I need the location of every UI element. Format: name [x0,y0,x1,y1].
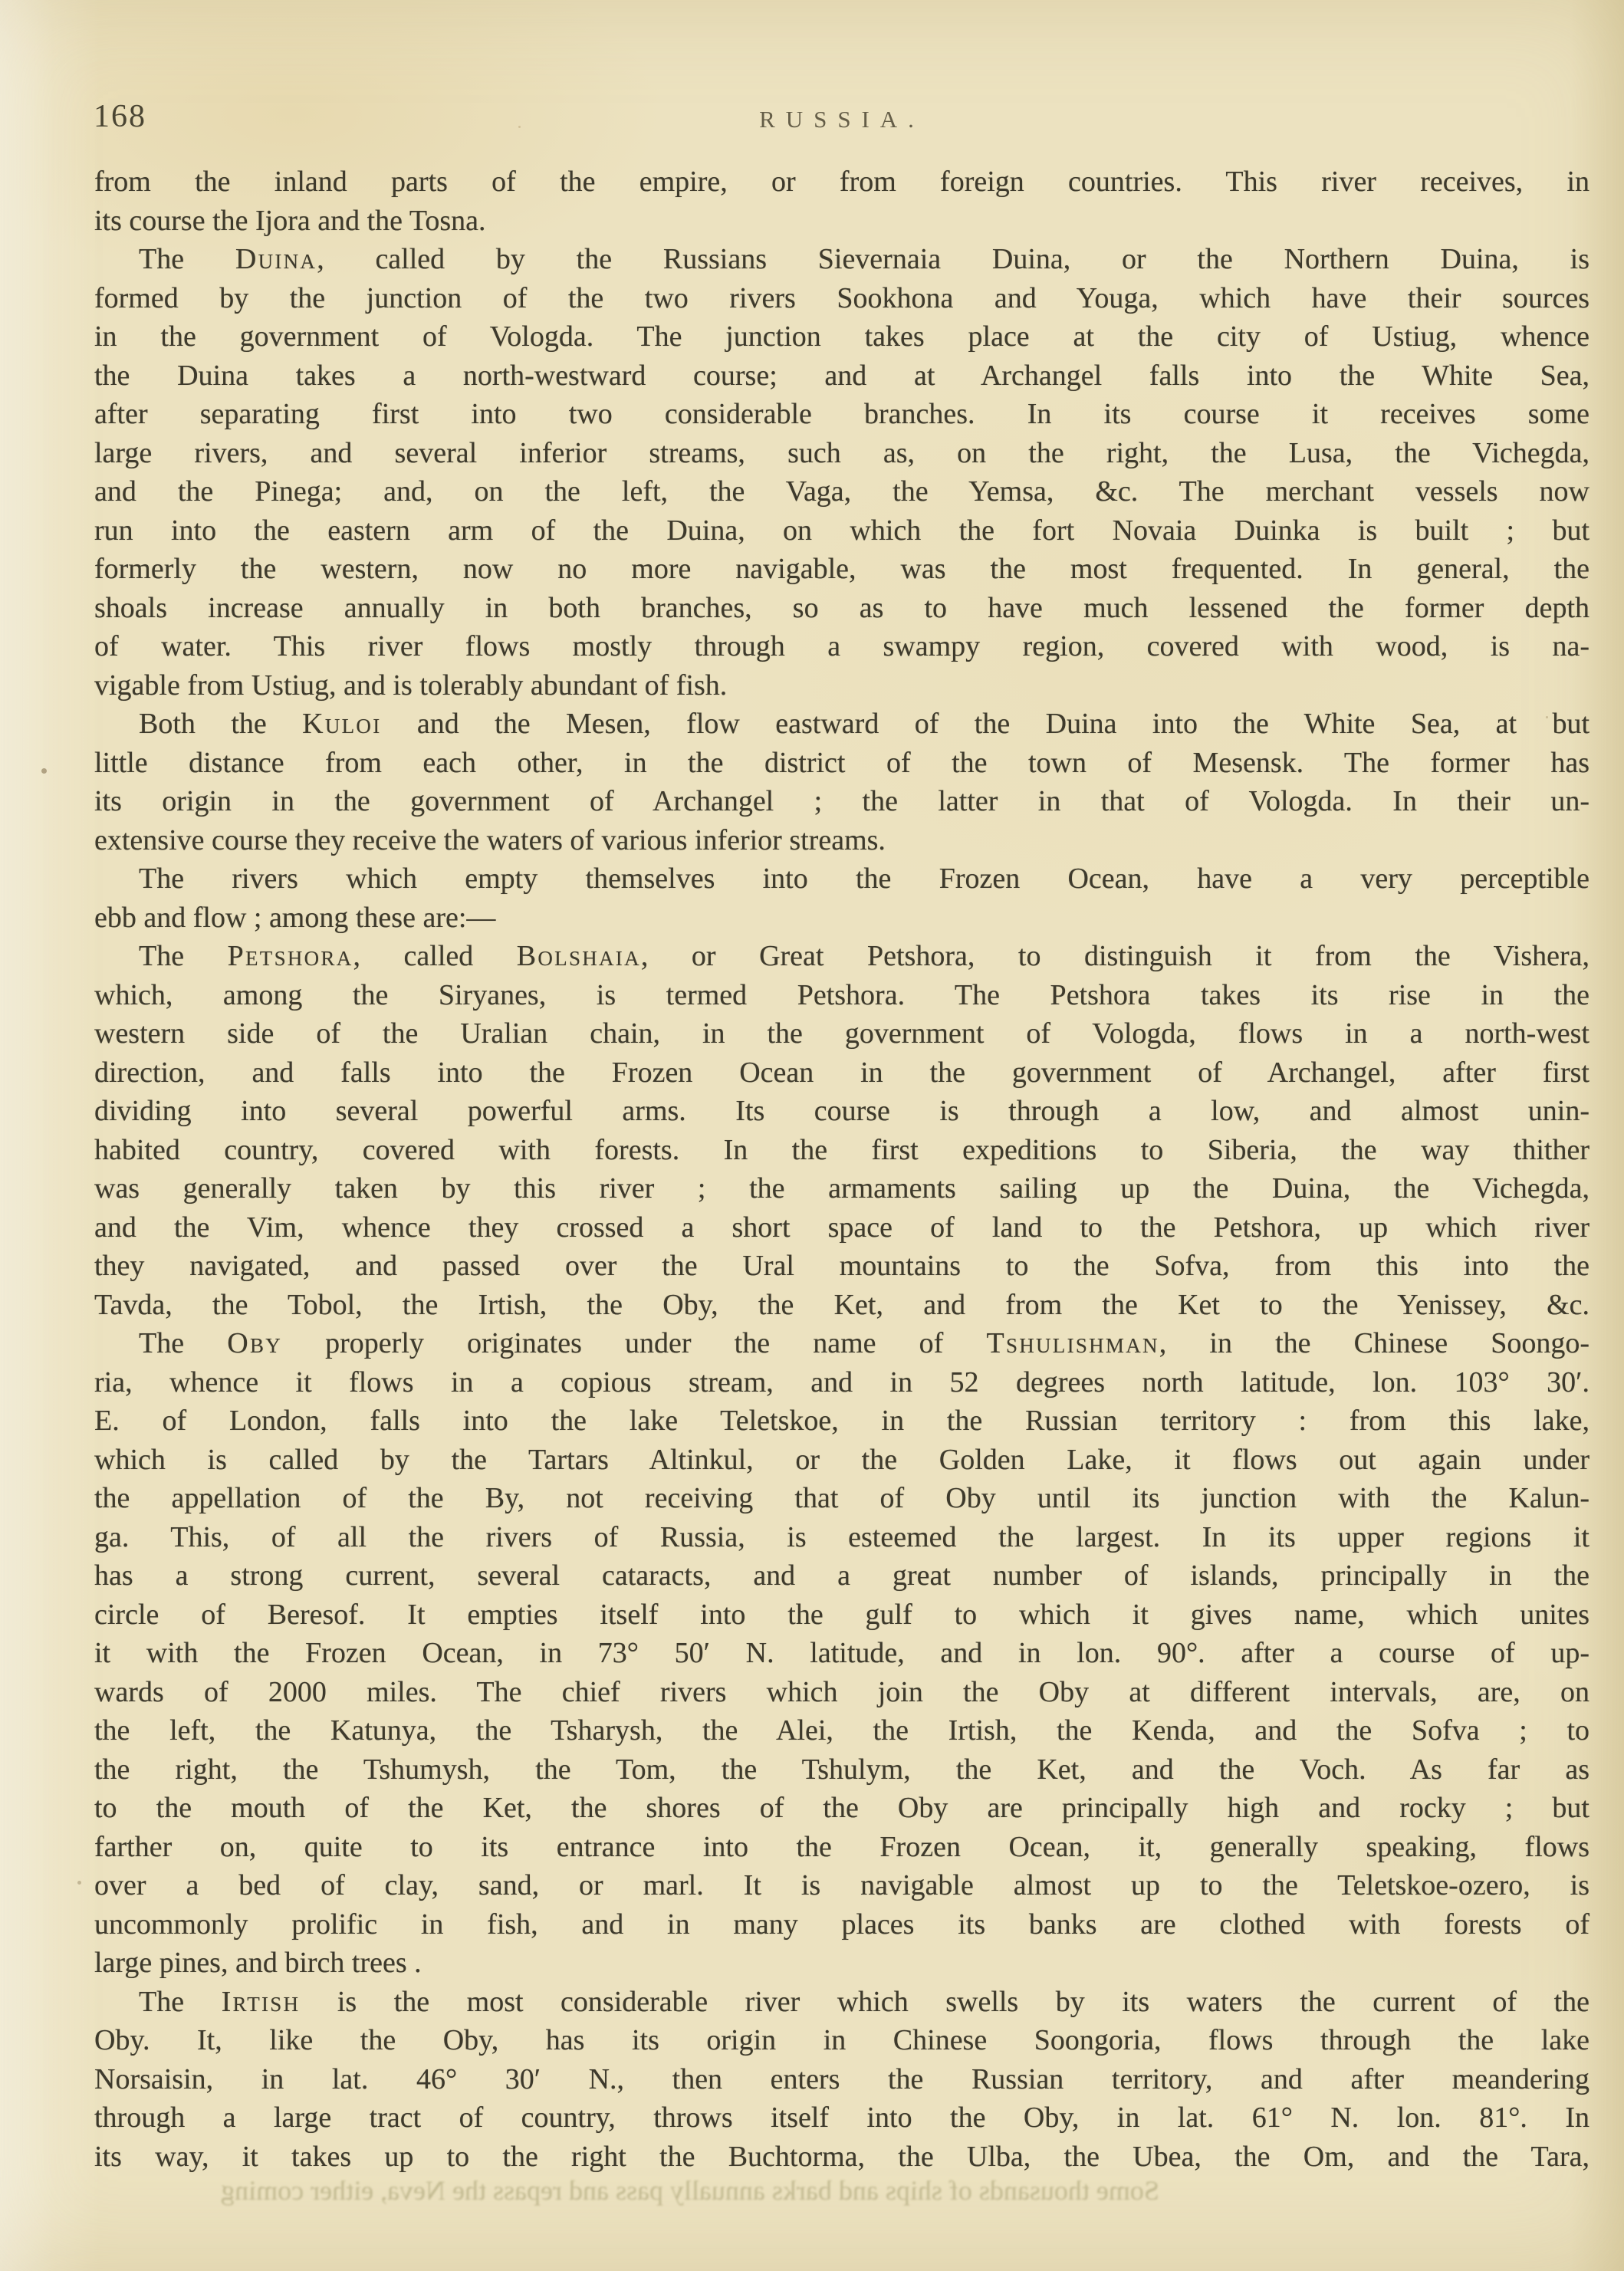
text-line: which is called by the Tartars Altinkul,… [94,1441,1589,1480]
running-head: RUSSIA. [94,106,1589,133]
paper-specks [41,768,47,774]
text-line: circle of Beresof. It empties itself int… [94,1596,1589,1635]
text-line: the appellation of the By, not receiving… [94,1479,1589,1518]
small-caps-name: Tshulishman [986,1327,1159,1359]
text-line: run into the eastern arm of the Duina, o… [94,511,1589,550]
text-line: and the Pinega; and, on the left, the Va… [94,472,1589,511]
text-line: the left, the Katunya, the Tsharysh, the… [94,1711,1589,1750]
text-line: formerly the western, now no more naviga… [94,550,1589,589]
text-line: ria, whence it flows in a copious stream… [94,1363,1589,1402]
text-line: The Petshora, called Bolshaia, or Great … [94,937,1589,976]
text-line: E. of London, falls into the lake Telets… [94,1402,1589,1441]
text-line: direction, and falls into the Frozen Oce… [94,1053,1589,1093]
text-line: they navigated, and passed over the Ural… [94,1247,1589,1286]
text-line: shoals increase annually in both branche… [94,589,1589,628]
text-line: Oby. It, like the Oby, has its origin in… [94,2021,1589,2060]
small-caps-name: Duina [235,243,317,275]
text-line: uncommonly prolific in fish, and in many… [94,1905,1589,1944]
text-line: its course the Ijora and the Tosna. [94,202,1589,241]
text-line: The Irtish is the most considerable rive… [94,1983,1589,2022]
text-line: ebb and flow ; among these are:— [94,899,1589,938]
small-caps-name: Oby [227,1327,282,1359]
text-line: The Duina, called by the Russians Siever… [94,240,1589,279]
text-line: to the mouth of the Ket, the shores of t… [94,1789,1589,1828]
text-line: the right, the Tshumysh, the Tom, the Ts… [94,1750,1589,1790]
text-line: through a large tract of country, throws… [94,2098,1589,2138]
text-line: it with the Frozen Ocean, in 73° 50′ N. … [94,1634,1589,1673]
text-line: and the Vim, whence they crossed a short… [94,1208,1589,1247]
page-text: from the inland parts of the empire, or … [94,163,1589,2176]
text-line: in the government of Vologda. The juncti… [94,317,1589,357]
text-line: little distance from each other, in the … [94,744,1589,783]
text-line: the Duina takes a north-westward course;… [94,357,1589,396]
small-caps-name: Bolshaia [517,940,641,972]
text-line: The Oby properly originates under the na… [94,1324,1589,1363]
text-line: Both the Kuloi and the Mesen, flow eastw… [94,705,1589,744]
text-line: Norsaisin, in lat. 46° 30′ N., then ente… [94,2060,1589,2099]
text-line: The rivers which empty themselves into t… [94,859,1589,899]
book-page: 168 RUSSIA. from the inland parts of the… [0,0,1624,2271]
text-line: its way, it takes up to the right the Bu… [94,2138,1589,2177]
small-caps-name: Petshora [228,940,353,972]
text-line: Tavda, the Tobol, the Irtish, the Oby, t… [94,1286,1589,1325]
text-line: formed by the junction of the two rivers… [94,279,1589,318]
text-line: large rivers, and several inferior strea… [94,434,1589,473]
text-line: western side of the Uralian chain, in th… [94,1014,1589,1053]
text-line: large pines, and birch trees . [94,1944,1589,1983]
text-line: has a strong current, several cataracts,… [94,1556,1589,1596]
text-line: of water. This river flows mostly throug… [94,627,1589,666]
text-line: its origin in the government of Archange… [94,782,1589,821]
text-line: over a bed of clay, sand, or marl. It is… [94,1866,1589,1905]
small-caps-name: Kuloi [302,708,381,740]
text-line: habited country, covered with forests. I… [94,1131,1589,1170]
small-caps-name: Irtish [222,1986,301,2018]
text-line: was generally taken by this river ; the … [94,1169,1589,1208]
text-line: vigable from Ustiug, and is tolerably ab… [94,666,1589,705]
text-line: after separating first into two consider… [94,395,1589,434]
text-line: from the inland parts of the empire, or … [94,163,1589,202]
text-line: which, among the Siryanes, is termed Pet… [94,976,1589,1015]
text-line: dividing into several powerful arms. Its… [94,1092,1589,1131]
text-line: wards of 2000 miles. The chief rivers wh… [94,1673,1589,1712]
text-line: farther on, quite to its entrance into t… [94,1828,1589,1867]
bleedthrough-text: Some thousands of ships and barks annual… [130,2174,1250,2207]
text-line: ga. This, of all the rivers of Russia, i… [94,1518,1589,1557]
text-line: extensive course they receive the waters… [94,821,1589,860]
